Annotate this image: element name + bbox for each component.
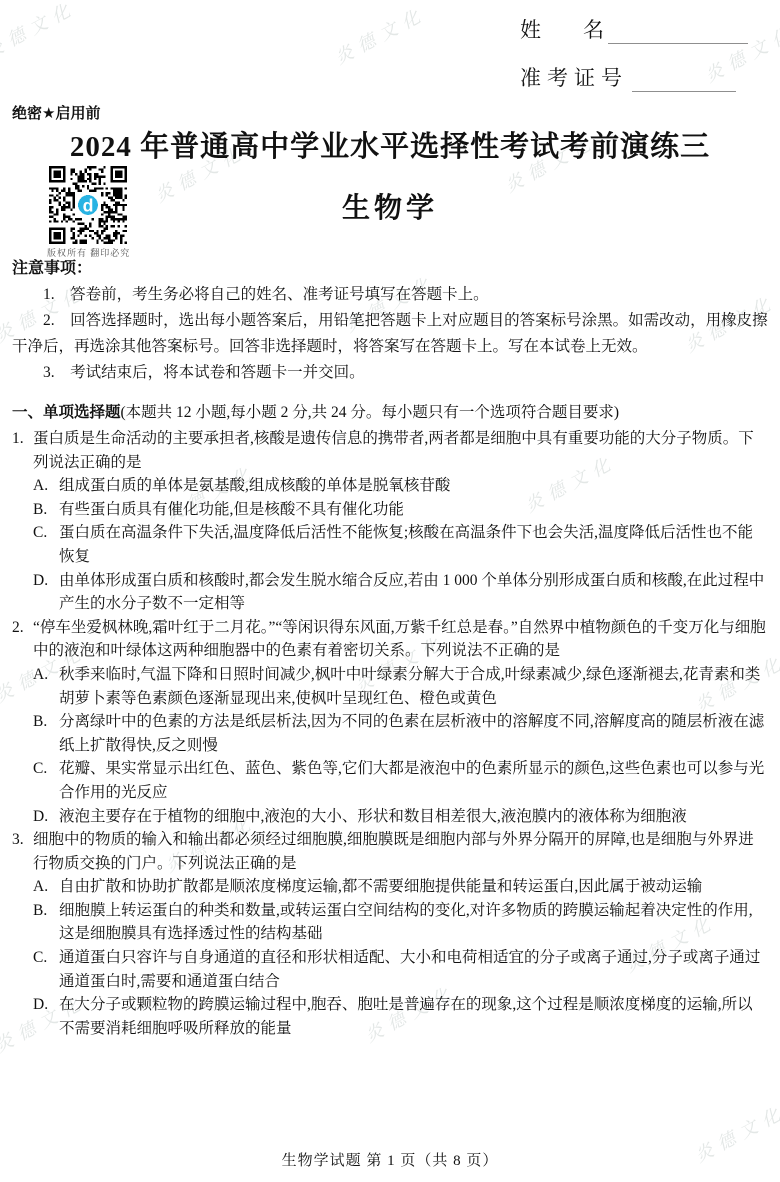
notice-item: 3. 考试结束后，将本试卷和答题卡一并交回。 — [12, 360, 768, 386]
option-label: A. — [33, 663, 59, 710]
option-b: B.细胞膜上转运蛋白的种类和数量,或转运蛋白空间结构的变化,对许多物质的跨膜运输… — [33, 899, 768, 946]
option-text: 液泡主要存在于植物的细胞中,液泡的大小、形状和数目相差很大,液泡膜内的液体称为细… — [59, 805, 768, 829]
watermark: 炎德文化 — [0, 0, 80, 64]
question-2: 2. “停车坐爱枫林晚,霜叶红于二月花。”“等闲识得东风面,万紫千红总是春。”自… — [12, 616, 768, 828]
option-label: B. — [33, 710, 59, 757]
notice-heading: 注意事项： — [12, 255, 768, 278]
name-label: 姓 名 — [520, 14, 604, 44]
exam-title: 2024 年普通高中学业水平选择性考试考前演练三 — [0, 124, 780, 165]
option-label: A. — [33, 875, 59, 899]
option-text: 有些蛋白质具有催化功能,但是核酸不具有催化功能 — [59, 498, 768, 522]
option-label: C. — [33, 946, 59, 993]
option-b: B.有些蛋白质具有催化功能,但是核酸不具有催化功能 — [33, 498, 768, 522]
subject-title: 生物学 — [0, 186, 780, 226]
option-text: 组成蛋白质的单体是氨基酸,组成核酸的单体是脱氧核苷酸 — [59, 474, 768, 498]
option-c: C.蛋白质在高温条件下失活,温度降低后活性不能恢复;核酸在高温条件下也会失活,温… — [33, 521, 768, 568]
notice-item: 1. 答卷前，考生务必将自己的姓名、准考证号填写在答题卡上。 — [12, 282, 768, 308]
page-footer: 生物学试题 第 1 页（共 8 页） — [0, 1149, 780, 1170]
question-3: 3. 细胞中的物质的输入和输出都必须经过细胞膜,细胞膜既是细胞内部与外界分隔开的… — [12, 828, 768, 1040]
option-label: B. — [33, 498, 59, 522]
paper-body: 注意事项： 1. 答卷前，考生务必将自己的姓名、准考证号填写在答题卡上。 2. … — [12, 255, 768, 1040]
question-number: 1. — [12, 427, 33, 474]
name-blank-line — [608, 19, 748, 44]
option-d: D.由单体形成蛋白质和核酸时,都会发生脱水缩合反应,若由 1 000 个单体分别… — [33, 569, 768, 616]
question-stem-row: 2. “停车坐爱枫林晚,霜叶红于二月花。”“等闲识得东风面,万紫千红总是春。”自… — [12, 616, 768, 663]
watermark: 炎德文化 — [330, 0, 431, 70]
option-label: C. — [33, 521, 59, 568]
option-b: B.分离绿叶中的色素的方法是纸层析法,因为不同的色素在层析液中的溶解度不同,溶解… — [33, 710, 768, 757]
option-text: 分离绿叶中的色素的方法是纸层析法,因为不同的色素在层析液中的溶解度不同,溶解度高… — [59, 710, 768, 757]
secrecy-notice: 绝密★启用前 — [12, 102, 100, 123]
option-c: C.花瓣、果实常显示出红色、蓝色、紫色等,它们大都是液泡中的色素所显示的颜色,这… — [33, 757, 768, 804]
option-label: D. — [33, 993, 59, 1040]
option-d: D.液泡主要存在于植物的细胞中,液泡的大小、形状和数目相差很大,液泡膜内的液体称… — [33, 805, 768, 829]
option-a: A.秋季来临时,气温下降和日照时间减少,枫叶中叶绿素分解大于合成,叶绿素减少,绿… — [33, 663, 768, 710]
option-label: A. — [33, 474, 59, 498]
ticket-label: 准考证号 — [520, 62, 628, 92]
option-label: C. — [33, 757, 59, 804]
section-note: (本题共 12 小题,每小题 2 分,共 24 分。每小题只有一个选项符合题目要… — [121, 404, 620, 421]
exam-paper-page: 炎德文化 炎德文化 炎德文化 炎德文化 炎德文化 炎德文化 炎德文化 炎德文化 … — [0, 0, 780, 1182]
option-d: D.在大分子或颗粒物的跨膜运输过程中,胞吞、胞吐是普遍存在的现象,这个过程是顺浓… — [33, 993, 768, 1040]
option-a: A.自由扩散和协助扩散都是顺浓度梯度运输,都不需要细胞提供能量和转运蛋白,因此属… — [33, 875, 768, 899]
notice-item: 2. 回答选择题时，选出每小题答案后，用铅笔把答题卡上对应题目的答案标号涂黑。如… — [12, 308, 768, 360]
option-text: 通道蛋白只容许与自身通道的直径和形状相适配、大小和电荷相适宜的分子或离子通过,分… — [59, 946, 768, 993]
ticket-field-row: 准考证号 — [520, 62, 770, 92]
option-text: 细胞膜上转运蛋白的种类和数量,或转运蛋白空间结构的变化,对许多物质的跨膜运输起着… — [59, 899, 768, 946]
question-stem: “停车坐爱枫林晚,霜叶红于二月花。”“等闲识得东风面,万紫千红总是春。”自然界中… — [33, 616, 768, 663]
option-text: 自由扩散和协助扩散都是顺浓度梯度运输,都不需要细胞提供能量和转运蛋白,因此属于被… — [59, 875, 768, 899]
option-label: D. — [33, 805, 59, 829]
question-number: 3. — [12, 828, 33, 875]
option-text: 秋季来临时,气温下降和日照时间减少,枫叶中叶绿素分解大于合成,叶绿素减少,绿色逐… — [59, 663, 768, 710]
section-heading: 一、单项选择题(本题共 12 小题,每小题 2 分,共 24 分。每小题只有一个… — [12, 401, 768, 425]
option-text: 在大分子或颗粒物的跨膜运输过程中,胞吞、胞吐是普遍存在的现象,这个过程是顺浓度梯… — [59, 993, 768, 1040]
option-text: 花瓣、果实常显示出红色、蓝色、紫色等,它们大都是液泡中的色素所显示的颜色,这些色… — [59, 757, 768, 804]
name-field-row: 姓 名 — [520, 14, 770, 44]
question-stem-row: 3. 细胞中的物质的输入和输出都必须经过细胞膜,细胞膜既是细胞内部与外界分隔开的… — [12, 828, 768, 875]
question-stem: 蛋白质是生命活动的主要承担者,核酸是遗传信息的携带者,两者都是细胞中具有重要功能… — [33, 427, 768, 474]
candidate-info-fields: 姓 名 准考证号 — [520, 14, 770, 110]
option-text: 由单体形成蛋白质和核酸时,都会发生脱水缩合反应,若由 1 000 个单体分别形成… — [59, 569, 768, 616]
question-stem-row: 1. 蛋白质是生命活动的主要承担者,核酸是遗传信息的携带者,两者都是细胞中具有重… — [12, 427, 768, 474]
option-label: B. — [33, 899, 59, 946]
ticket-blank-line — [632, 67, 736, 92]
option-text: 蛋白质在高温条件下失活,温度降低后活性不能恢复;核酸在高温条件下也会失活,温度降… — [59, 521, 768, 568]
option-label: D. — [33, 569, 59, 616]
question-1: 1. 蛋白质是生命活动的主要承担者,核酸是遗传信息的携带者,两者都是细胞中具有重… — [12, 427, 768, 616]
question-number: 2. — [12, 616, 33, 663]
option-a: A.组成蛋白质的单体是氨基酸,组成核酸的单体是脱氧核苷酸 — [33, 474, 768, 498]
section-title: 一、单项选择题 — [12, 404, 121, 421]
option-c: C.通道蛋白只容许与自身通道的直径和形状相适配、大小和电荷相适宜的分子或离子通过… — [33, 946, 768, 993]
question-stem: 细胞中的物质的输入和输出都必须经过细胞膜,细胞膜既是细胞内部与外界分隔开的屏障,… — [33, 828, 768, 875]
